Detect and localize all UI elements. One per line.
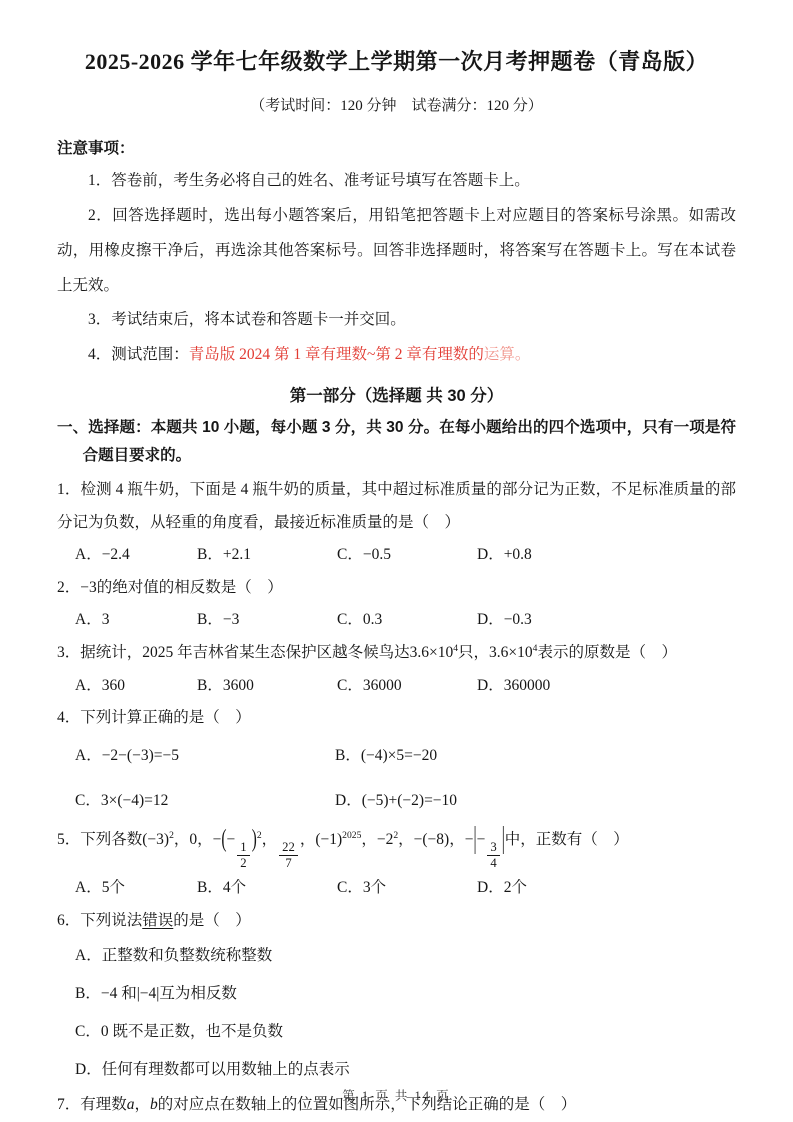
note-item-2: 2．回答选择题时，选出每小题答案后，用铅笔把答题卡上对应题目的答案标号涂黑。如需… <box>57 199 736 304</box>
question-1: 1．检测 4 瓶牛奶，下面是 4 瓶牛奶的质量，其中超过标准质量的部分记为正数，… <box>57 474 736 572</box>
question-6-options: A．正整数和负整数统称整数 B．−4 和|−4|互为相反数 C．0 既不是正数，… <box>57 937 736 1089</box>
question-5-options: A．5个 B．4个 C．3个 D．2个 <box>57 872 736 905</box>
question-1-option-d: D．+0.8 <box>477 539 736 572</box>
question-5-option-d: D．2个 <box>477 872 736 905</box>
section-one-intro: 一、选择题：本题共 10 小题，每小题 3 分，共 30 分。在每小题给出的四个… <box>57 414 736 470</box>
question-1-option-a: A．−2.4 <box>75 539 197 572</box>
question-1-option-c: C．−0.5 <box>337 539 477 572</box>
question-2-option-c: C．0.3 <box>337 604 477 637</box>
question-4: 4．下列计算正确的是（ ） A．−2−(−3)=−5 B．(−4)×5=−20 … <box>57 702 736 815</box>
question-5: 5．下列各数(−3)2，0，−(−12)2，227，(−1)2025，−22，−… <box>57 824 736 905</box>
question-2-options: A．3 B．−3 C．0.3 D．−0.3 <box>57 604 736 637</box>
note-item-1: 1．答卷前，考生务必将自己的姓名、准考证号填写在答题卡上。 <box>57 164 736 199</box>
test-scope-text: 青岛版 2024 第 1 章有理数~第 2 章有理数的 <box>189 346 484 363</box>
question-2-option-d: D．−0.3 <box>477 604 736 637</box>
question-4-option-a: A．−2−(−3)=−5 <box>75 741 335 770</box>
note-item-3: 3．考试结束后，将本试卷和答题卡一并交回。 <box>57 303 736 338</box>
question-5-stem: 5．下列各数(−3)2，0，−(−12)2，227，(−1)2025，−22，−… <box>57 824 736 873</box>
question-6-stem: 6．下列说法错误的是（ ） <box>57 905 736 938</box>
question-5-option-b: B．4个 <box>197 872 337 905</box>
question-3-options: A．360 B．3600 C．36000 D．360000 <box>57 670 736 703</box>
question-2-option-a: A．3 <box>75 604 197 637</box>
question-3-stem: 3．据统计，2025 年吉林省某生态保护区越冬候鸟达3.6×104只，3.6×1… <box>57 637 736 670</box>
exam-paper-page: 2025-2026 学年七年级数学上学期第一次月考押题卷（青岛版） （考试时间：… <box>0 0 793 1122</box>
exam-time-score-line: （考试时间：120 分钟 试卷满分：120 分） <box>57 96 736 117</box>
question-4-option-b: B．(−4)×5=−20 <box>335 741 736 770</box>
question-3-option-c: C．36000 <box>337 670 477 703</box>
question-4-option-c: C．3×(−4)=12 <box>75 786 335 815</box>
question-2-stem: 2．−3的绝对值的相反数是（ ） <box>57 572 736 605</box>
section-one-title: 第一部分（选择题 共 30 分） <box>57 381 736 412</box>
question-3-option-a: A．360 <box>75 670 197 703</box>
question-5-option-a: A．5个 <box>75 872 197 905</box>
note-item-4: 4．测试范围：青岛版 2024 第 1 章有理数~第 2 章有理数的运算。 <box>57 338 736 373</box>
question-1-options: A．−2.4 B．+2.1 C．−0.5 D．+0.8 <box>57 539 736 572</box>
page-number-footer: 第 1 页 共 14 页 <box>0 1086 793 1104</box>
test-scope-text-tail: 运算。 <box>484 346 531 363</box>
question-3-option-b: B．3600 <box>197 670 337 703</box>
question-4-stem: 4．下列计算正确的是（ ） <box>57 702 736 735</box>
question-6-option-c: C．0 既不是正数，也不是负数 <box>75 1013 736 1051</box>
question-1-stem: 1．检测 4 瓶牛奶，下面是 4 瓶牛奶的质量，其中超过标准质量的部分记为正数，… <box>57 474 736 539</box>
question-1-option-b: B．+2.1 <box>197 539 337 572</box>
question-5-option-c: C．3个 <box>337 872 477 905</box>
question-3-option-d: D．360000 <box>477 670 736 703</box>
note-item-4-label: 4．测试范围： <box>88 346 189 363</box>
question-2: 2．−3的绝对值的相反数是（ ） A．3 B．−3 C．0.3 D．−0.3 <box>57 572 736 637</box>
question-6-option-d: D．任何有理数都可以用数轴上的点表示 <box>75 1051 736 1089</box>
question-2-option-b: B．−3 <box>197 604 337 637</box>
page-title: 2025-2026 学年七年级数学上学期第一次月考押题卷（青岛版） <box>57 46 736 78</box>
question-6-option-b: B．−4 和|−4|互为相反数 <box>75 975 736 1013</box>
question-4-options: A．−2−(−3)=−5 B．(−4)×5=−20 C．3×(−4)=12 D．… <box>57 741 736 816</box>
question-6-option-a: A．正整数和负整数统称整数 <box>75 937 736 975</box>
question-4-option-d: D．(−5)+(−2)=−10 <box>335 786 736 815</box>
question-3: 3．据统计，2025 年吉林省某生态保护区越冬候鸟达3.6×104只，3.6×1… <box>57 637 736 702</box>
question-6: 6．下列说法错误的是（ ） A．正整数和负整数统称整数 B．−4 和|−4|互为… <box>57 905 736 1089</box>
notes-heading: 注意事项： <box>57 133 736 164</box>
